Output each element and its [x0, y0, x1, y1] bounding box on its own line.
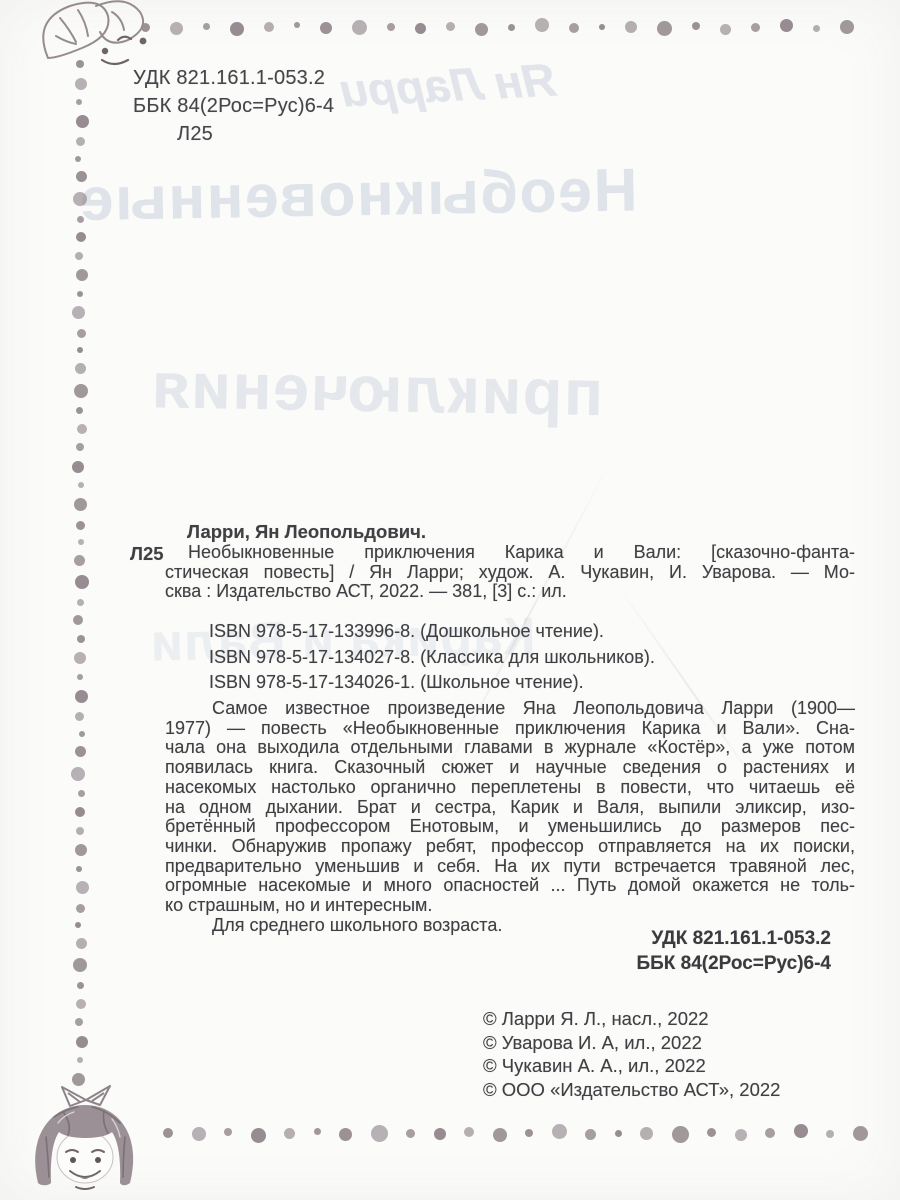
decor-dot — [464, 1127, 474, 1137]
decor-dot — [77, 291, 83, 297]
annotation-line: предварительно уменьшив и себя. На их пу… — [165, 857, 855, 877]
annotation-line: ко страшным, но и интересным. — [165, 896, 855, 916]
decor-dot — [224, 1128, 232, 1136]
decor-dot — [73, 192, 87, 206]
decor-dot — [76, 137, 85, 146]
decor-dot — [552, 1124, 567, 1139]
decor-dot — [406, 1129, 415, 1138]
decor-dot — [75, 575, 89, 589]
annotation-line: чинки. Обнаружив пропажу ребят, профессо… — [165, 837, 855, 857]
decor-dot — [74, 498, 87, 511]
decor-dot — [314, 1128, 321, 1135]
dotted-border-left — [70, 60, 90, 1086]
decor-dot — [78, 482, 84, 488]
decor-dot — [525, 1129, 533, 1137]
decor-dot — [163, 1128, 173, 1138]
decor-dot — [77, 599, 84, 606]
bbk-line: ББК 84(2Рос=Рус)6-4 — [133, 92, 334, 120]
showthrough-title-word-2: приключения — [149, 348, 603, 430]
decor-dot — [76, 866, 82, 872]
decor-dot — [73, 958, 87, 972]
decor-dot — [170, 22, 183, 35]
copyright-list: © Ларри Я. Л., насл., 2022 © Уварова И. … — [483, 1007, 780, 1101]
decor-dot — [75, 807, 85, 817]
dotted-border-top — [141, 16, 854, 38]
decor-dot — [735, 1129, 747, 1141]
decor-dot — [75, 922, 81, 928]
decor-dot — [76, 827, 84, 835]
catalog-line: стическая повесть] / Ян Ларри; худож. А.… — [165, 563, 855, 583]
catalog-line: Необыкновенные приключения Карика и Вали… — [165, 543, 855, 563]
decor-dot — [251, 1128, 266, 1143]
decor-dot — [76, 521, 85, 530]
decor-dot — [74, 555, 85, 566]
book-imprint-page: Ян Ларри Необыкновенные приключения Кари… — [0, 0, 900, 1200]
showthrough-title-word-1: Необыкновенные — [77, 155, 637, 234]
decor-dot — [640, 1127, 653, 1140]
decor-dot — [73, 615, 83, 625]
catalog-author-code: Л25 — [130, 543, 164, 565]
decor-dot — [192, 1127, 206, 1141]
decor-dot — [72, 461, 84, 473]
girl-sketch-bottom-icon — [24, 1085, 156, 1200]
decor-dot — [78, 790, 85, 797]
author-code: Л25 — [133, 120, 334, 148]
decor-dot — [76, 938, 87, 949]
udk-line: УДК 821.161.1-053.2 — [636, 927, 831, 952]
decor-dot — [264, 22, 274, 32]
decor-dot — [751, 23, 760, 32]
annotation-paragraph: Самое известное произведение Яна Леополь… — [165, 699, 855, 935]
decor-dot — [320, 22, 332, 34]
decor-dot — [475, 23, 488, 36]
decor-dot — [75, 712, 84, 721]
annotation-line: на одном дыхании. Брат и сестра, Карик и… — [165, 798, 855, 818]
catalog-description: Необыкновенные приключения Карика и Вали… — [165, 543, 855, 602]
decor-dot — [535, 18, 549, 32]
decor-dot — [826, 1130, 834, 1138]
decor-dot — [625, 21, 637, 33]
decor-dot — [75, 690, 88, 703]
decor-dot — [284, 1128, 295, 1139]
isbn-line: ISBN 978-5-17-134026-1. (Школьное чтение… — [209, 670, 655, 696]
decor-dot — [434, 1128, 446, 1140]
decor-dot — [707, 1128, 716, 1137]
isbn-line: ISBN 978-5-17-133996-8. (Дошкольное чтен… — [209, 619, 655, 645]
dotted-border-bottom — [163, 1120, 868, 1146]
decor-dot — [765, 1128, 775, 1138]
decor-dot — [615, 1130, 622, 1137]
copyright-line: © Ларри Я. Л., насл., 2022 — [483, 1007, 780, 1031]
annotation-line: Самое известное произведение Яна Леополь… — [165, 699, 855, 719]
decor-dot — [77, 424, 87, 434]
bottom-classification-block: УДК 821.161.1-053.2 ББК 84(2Рос=Рус)6-4 — [636, 927, 831, 976]
decor-dot — [72, 1073, 85, 1086]
top-classification-block: УДК 821.161.1-053.2 ББК 84(2Рос=Рус)6-4 … — [133, 64, 334, 148]
decor-dot — [508, 24, 515, 31]
decor-dot — [853, 1126, 868, 1141]
decor-dot — [79, 731, 85, 737]
decor-dot — [71, 767, 85, 781]
decor-dot — [493, 1128, 507, 1142]
decor-dot — [76, 999, 86, 1009]
decor-dot — [585, 1129, 596, 1140]
decor-dot — [720, 24, 731, 35]
decor-dot — [76, 99, 82, 105]
decor-dot — [75, 844, 87, 856]
decor-dot — [813, 25, 820, 32]
decor-dot — [657, 21, 672, 36]
decor-dot — [339, 1128, 352, 1141]
decor-dot — [76, 171, 87, 182]
udk-line: УДК 821.161.1-053.2 — [133, 64, 334, 92]
decor-dot — [77, 1057, 83, 1063]
copyright-line: © ООО «Издательство АСТ», 2022 — [483, 1078, 780, 1102]
annotation-line: появилась книга. Сказочный сюжет и научн… — [165, 758, 855, 778]
decor-dot — [76, 60, 84, 68]
decor-dot — [77, 674, 83, 680]
decor-dot — [76, 881, 89, 894]
decor-dot — [387, 23, 395, 31]
annotation-line: 1977) — повесть «Необыкновенные приключе… — [165, 719, 855, 739]
decor-dot — [203, 23, 210, 30]
decor-dot — [840, 20, 854, 34]
decor-dot — [415, 23, 426, 34]
decor-dot — [78, 539, 84, 545]
decor-dot — [75, 363, 86, 374]
decor-dot — [77, 329, 86, 338]
decor-dot — [780, 19, 793, 32]
decor-dot — [794, 1124, 808, 1138]
annotation-line: бретённый профессором Енотовым, и уменьш… — [165, 817, 855, 837]
annotation-line: огромные насекомые и много опасностей ..… — [165, 876, 855, 896]
decor-dot — [672, 1126, 689, 1143]
copyright-line: © Чукавин А. А., ил., 2022 — [483, 1054, 780, 1078]
decor-dot — [77, 216, 84, 223]
isbn-line: ISBN 978-5-17-134027-8. (Классика для шк… — [209, 645, 655, 671]
decor-dot — [76, 443, 84, 451]
decor-dot — [75, 1018, 83, 1026]
decor-dot — [599, 24, 605, 30]
isbn-list: ISBN 978-5-17-133996-8. (Дошкольное чтен… — [209, 619, 655, 696]
decor-dot — [76, 407, 83, 414]
decor-dot — [76, 269, 88, 281]
decor-dot — [74, 384, 88, 398]
decor-dot — [76, 1036, 88, 1048]
decor-dot — [72, 306, 85, 319]
decor-dot — [75, 78, 87, 90]
decor-dot — [352, 20, 367, 35]
decor-dot — [569, 23, 579, 33]
annotation-line: насекомых настолько органично переплетен… — [165, 778, 855, 798]
decor-dot — [76, 232, 86, 242]
decor-dot — [371, 1125, 388, 1142]
catalog-line: сква : Издательство АСТ, 2022. — 381, [3… — [165, 582, 855, 602]
decor-dot — [76, 904, 85, 913]
decor-dot — [446, 22, 455, 31]
bbk-line: ББК 84(2Рос=Рус)6-4 — [636, 952, 831, 977]
decor-dot — [76, 115, 89, 128]
decor-dot — [77, 982, 84, 989]
copyright-line: © Уварова И. А, ил., 2022 — [483, 1031, 780, 1055]
catalog-author-heading: Ларри, Ян Леопольдович. — [187, 521, 426, 543]
decor-dot — [294, 22, 300, 28]
decor-dot — [74, 652, 86, 664]
showthrough-author-text: Ян Ларри — [339, 52, 558, 117]
annotation-line: чала она выходила отдельными главами в ж… — [165, 738, 855, 758]
decor-dot — [77, 347, 83, 353]
decor-dot — [75, 156, 81, 162]
decor-dot — [75, 746, 86, 757]
decor-dot — [77, 635, 85, 643]
decor-dot — [692, 22, 700, 30]
decor-dot — [75, 252, 83, 260]
decor-dot — [141, 23, 150, 32]
decor-dot — [230, 22, 244, 36]
